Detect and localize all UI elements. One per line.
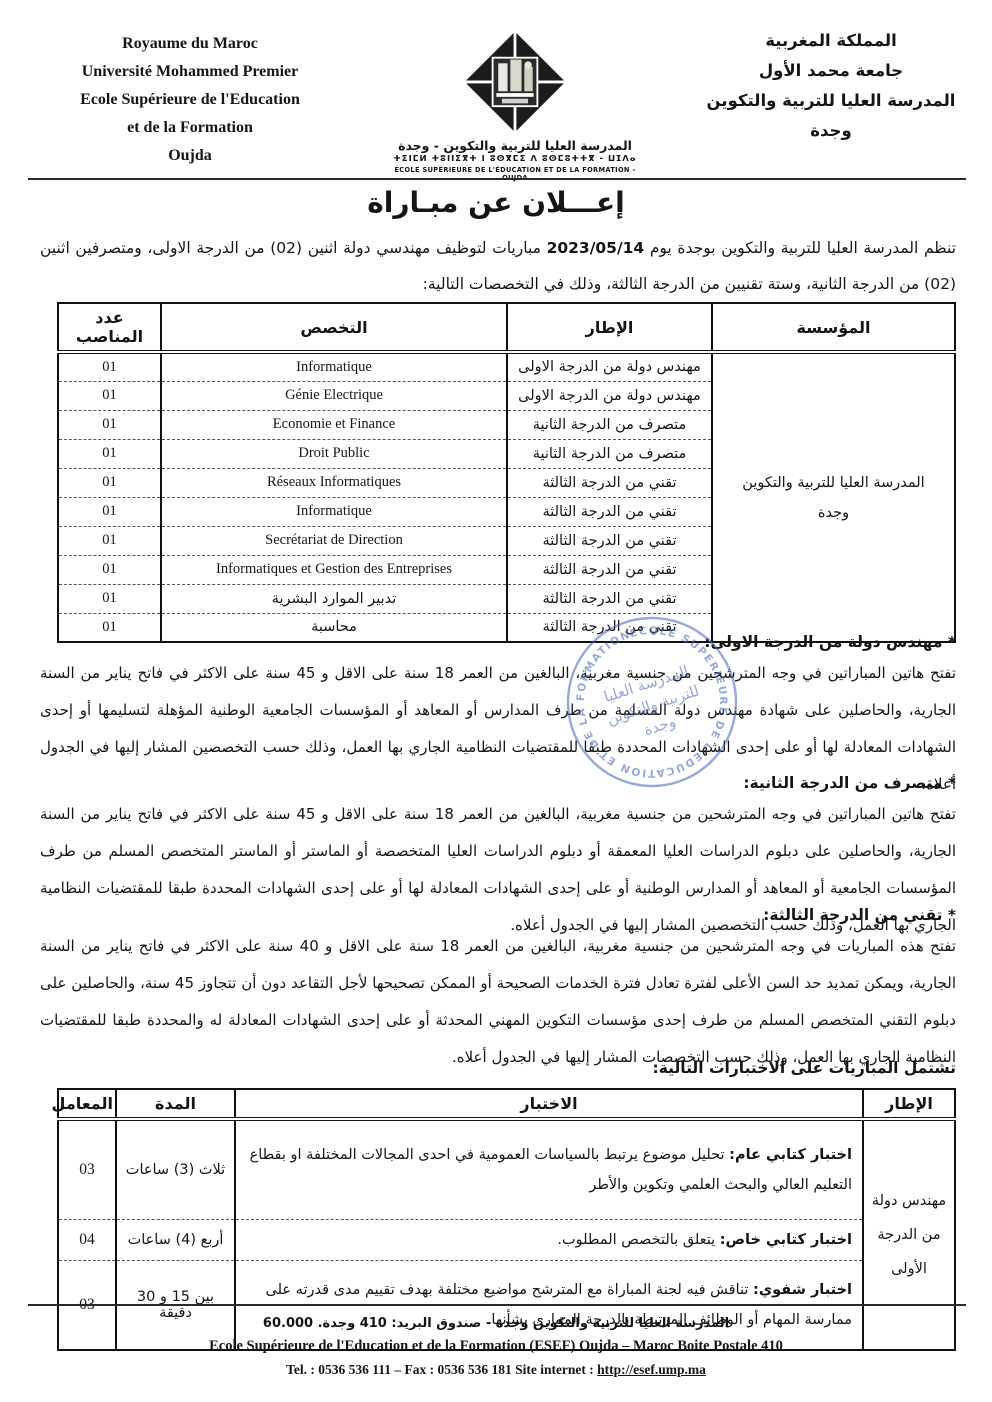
cell-specialty: تدبير الموارد البشرية [161,584,507,613]
section-heading-engineer: * مهندس دولة من الدرجة الاولى: [40,633,956,651]
footer: المدرسة العليا للتربية والتكوين وجدة - ص… [0,1313,992,1381]
header-ar-line-school: المدرسة العليا للتربية والتكوين [696,86,966,116]
intro-paragraph: تنظم المدرسة العليا للتربية والتكوين بوج… [40,230,956,302]
cell-cadre: تقني من الدرجة الثالثة [507,468,712,497]
cell-specialty: Informatique [161,352,507,381]
table-row: المدرسة العليا للتربية والتكوين وجدة مهن… [58,352,955,381]
cell-specialty: Secrétariat de Direction [161,526,507,555]
header-ar-line-kingdom: المملكة المغربية [696,26,966,56]
cell-duration: ثلاث (3) ساعات [116,1119,235,1219]
footer-arabic-line: المدرسة العليا للتربية والتكوين وجدة - ص… [0,1313,992,1335]
cell-count: 01 [58,352,161,381]
page-title: إعـــلان عن مبـاراة [0,186,992,219]
header-fr-line-university: Université Mohammed Premier [55,58,325,86]
section-heading-administrator: * متصرف من الدرجة الثانية: [40,774,956,792]
cell-exam-description: اختبار كتابي خاص: يتعلق بالتخصص المطلوب. [235,1219,863,1260]
col-header-duration: المدة [116,1089,235,1119]
header-ar-line-city: وجدة [696,116,966,146]
col-header-count: عدد المناصب [58,303,161,352]
col-header-cadre: الإطار [863,1089,955,1119]
table-row: مهندس دولة من الدرجة الأولى اختبار كتابي… [58,1119,955,1219]
cell-cadre: متصرف من الدرجة الثانية [507,439,712,468]
announcement-page: Royaume du Maroc Université Mohammed Pre… [0,0,992,1402]
cell-cadre: مهندس دولة من الدرجة الاولى [507,352,712,381]
cell-count: 01 [58,526,161,555]
footer-tel-text: Tel. : 0536 536 111 – Fax : 0536 536 181… [286,1362,597,1377]
header-arabic-block: المملكة المغربية جامعة محمد الأول المدرس… [696,26,966,146]
exam-label: اختبار كتابي خاص: [720,1232,852,1248]
logo-caption-arabic: المدرسة العليا للتربية والتكوين - وجدة [390,138,640,153]
cell-institution: المدرسة العليا للتربية والتكوين وجدة [712,352,955,642]
cell-coefficient: 03 [58,1119,116,1219]
footer-divider [28,1304,966,1306]
cell-count: 01 [58,497,161,526]
header-fr-line-school2: et de la Formation [55,114,325,142]
logo-caption-tifinagh: ⵜⵉⵏⵎⵍ ⵜⵓⵏⵏⵉⴳⵜ ⵏ ⵓⵙⴳⵎⵉ ⴷ ⵓⵙⵎⵓⵜⵜⴳ - ⵡⵊⴷⴰ [390,154,640,164]
cell-count: 01 [58,410,161,439]
header-fr-line-kingdom: Royaume du Maroc [55,30,325,58]
cell-count: 01 [58,381,161,410]
cell-exam-description: اختبار كتابي عام: تحليل موضوع يرتبط بالس… [235,1119,863,1219]
cell-specialty: Informatique [161,497,507,526]
cell-specialty: Droit Public [161,439,507,468]
cell-coefficient: 04 [58,1219,116,1260]
section-body-technician: تفتح هذه المباريات في وجه المترشحين من ج… [40,928,956,1076]
exam-text: يتعلق بالتخصص المطلوب. [557,1232,719,1248]
cell-count: 01 [58,584,161,613]
header-fr-line-school: Ecole Supérieure de l'Education [55,86,325,114]
col-header-exam: الاختبار [235,1089,863,1119]
cell-count: 01 [58,439,161,468]
cell-cadre: مهندس دولة من الدرجة الاولى [507,381,712,410]
exam-date: 2023/05/14 [547,239,645,257]
cell-cadre: تقني من الدرجة الثالثة [507,526,712,555]
section-heading-technician: * تقني من الدرجة الثالثة: [40,906,956,924]
cell-specialty: Informatiques et Gestion des Entreprises [161,555,507,584]
cell-duration: أربع (4) ساعات [116,1219,235,1260]
intro-part1: تنظم المدرسة العليا للتربية والتكوين بوج… [644,239,956,257]
exams-header-row: الإطار الاختبار المدة المعامل [58,1089,955,1119]
cell-cadre: تقني من الدرجة الثالثة [507,584,712,613]
website-link[interactable]: http://esef.ump.ma [597,1362,706,1377]
footer-french-line: Ecole Supérieure de l'Education et de la… [0,1335,992,1358]
institution-line2: وجدة [717,498,950,528]
positions-header-row: المؤسسة الإطار التخصص عدد المناصب [58,303,955,352]
school-emblem-icon [459,26,571,136]
col-header-specialty: التخصص [161,303,507,352]
exams-intro-line: تشتمل المباريات على الاختبارات التالية: [40,1059,956,1077]
header-fr-line-city: Oujda [55,142,325,170]
exam-label: اختبار شفوي: [753,1282,852,1298]
exam-label: اختبار كتابي عام: [729,1147,852,1163]
exams-table: الإطار الاختبار المدة المعامل مهندس دولة… [57,1088,956,1351]
positions-table: المؤسسة الإطار التخصص عدد المناصب المدرس… [57,302,956,643]
col-header-institution: المؤسسة [712,303,955,352]
header-french-block: Royaume du Maroc Université Mohammed Pre… [55,30,325,170]
col-header-cadre: الإطار [507,303,712,352]
cell-specialty: Economie et Finance [161,410,507,439]
cell-cadre: تقني من الدرجة الثالثة [507,555,712,584]
header-ar-line-university: جامعة محمد الأول [696,56,966,86]
institution-line1: المدرسة العليا للتربية والتكوين [717,468,950,498]
table-row: اختبار كتابي خاص: يتعلق بالتخصص المطلوب.… [58,1219,955,1260]
cell-cadre: متصرف من الدرجة الثانية [507,410,712,439]
header-divider [28,178,966,180]
cell-count: 01 [58,468,161,497]
cell-count: 01 [58,555,161,584]
school-logo-block: المدرسة العليا للتربية والتكوين - وجدة ⵜ… [390,26,640,182]
cell-cadre: تقني من الدرجة الثالثة [507,497,712,526]
cell-specialty: Réseaux Informatiques [161,468,507,497]
col-header-coefficient: المعامل [58,1089,116,1119]
footer-contact-line: Tel. : 0536 536 111 – Fax : 0536 536 181… [0,1358,992,1381]
cell-specialty: Génie Electrique [161,381,507,410]
